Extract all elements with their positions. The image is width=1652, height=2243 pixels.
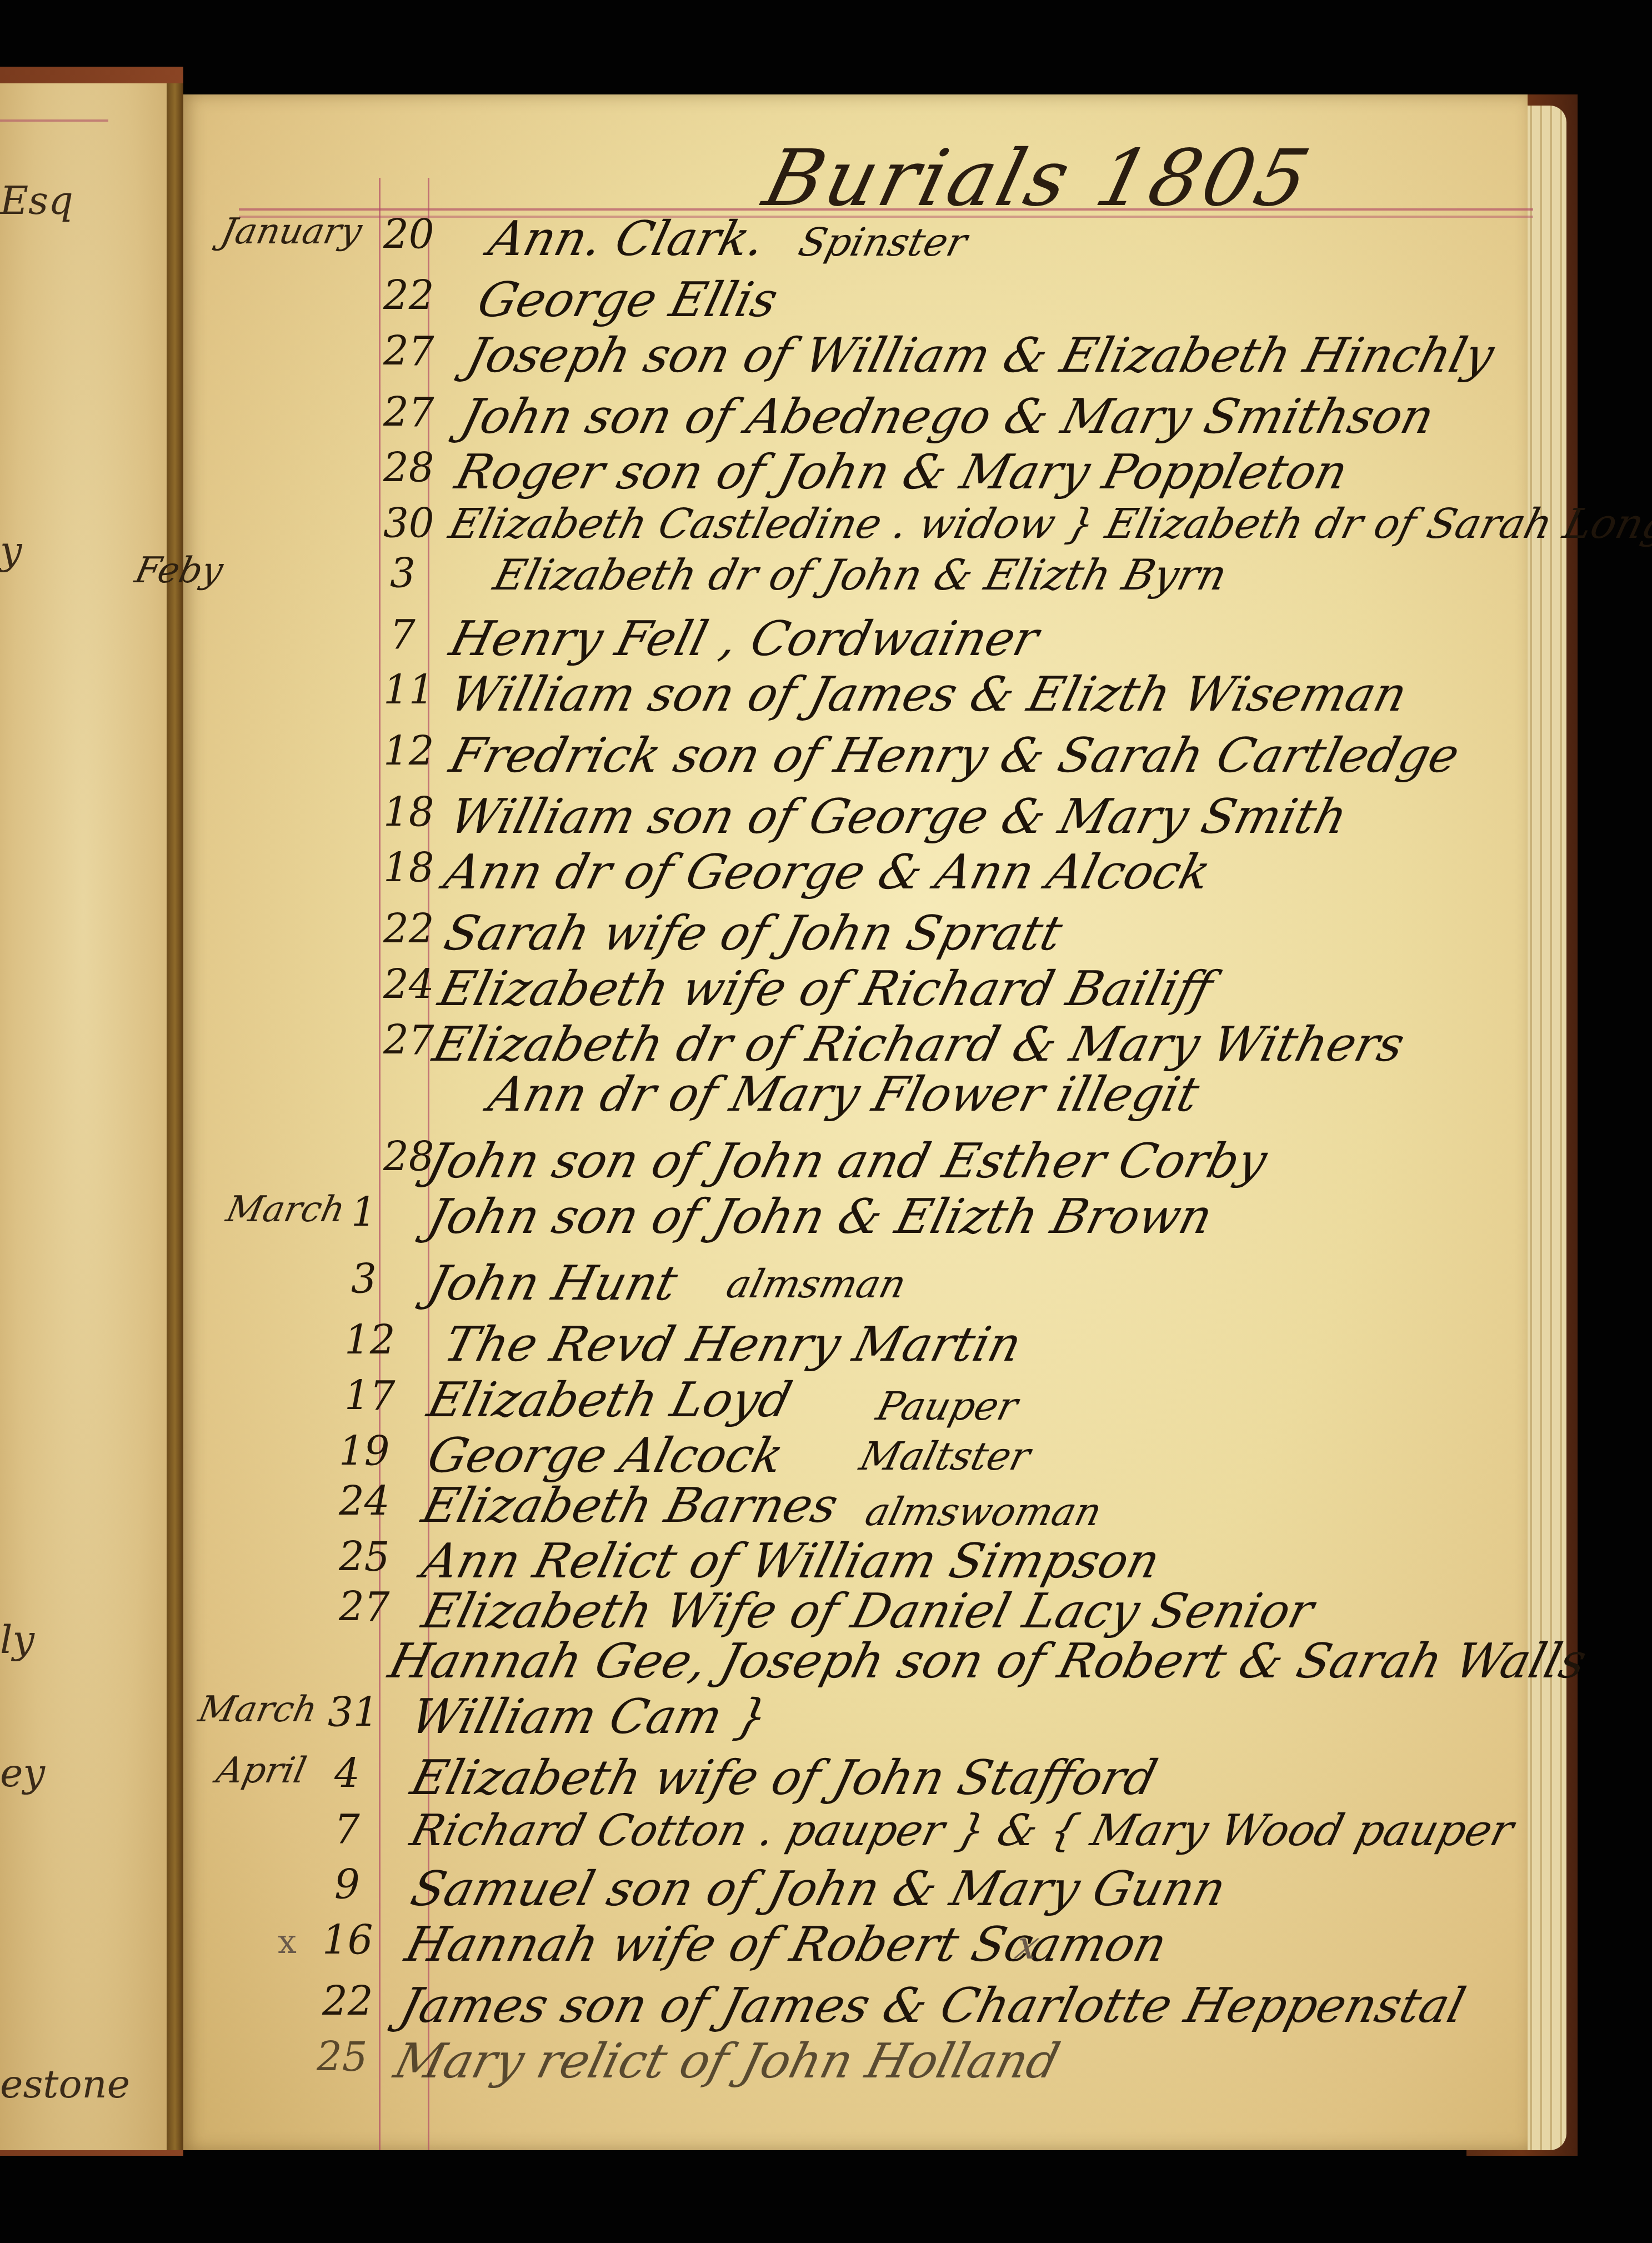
entry-text: Elizabeth dr of Richard & Mary Withers	[428, 1017, 1410, 1072]
entry-text: Fredrick son of Henry & Sarah Cartledge	[444, 728, 1465, 783]
entry-text: William son of George & Mary Smith	[444, 789, 1353, 845]
entry-month: April	[151, 1750, 310, 1791]
entry-text: John son of John and Esther Corby	[422, 1133, 1273, 1189]
entry-text: Elizabeth wife of Richard Bailiff	[433, 961, 1218, 1017]
entry-day: 11	[383, 667, 422, 713]
entry-text: Elizabeth Barnes	[417, 1478, 844, 1533]
entry-day: 7	[383, 611, 422, 658]
entry-text: Elizabeth Castledine . widow } Elizabeth…	[444, 500, 1652, 548]
entry-day: 12	[344, 1317, 383, 1363]
entry-day: 18	[383, 789, 422, 836]
entry-day: 7	[328, 1806, 367, 1852]
entry-day: 24	[339, 1478, 378, 1525]
entry-day: 24	[383, 961, 422, 1008]
entry-month: January	[207, 211, 366, 252]
entry-day: 18	[383, 845, 422, 891]
entry-month: March	[162, 1689, 321, 1730]
entry-day: 28	[383, 1133, 422, 1180]
entry-day: 20	[383, 211, 422, 258]
entry-day: 1	[344, 1189, 383, 1236]
entry-text: Elizabeth Loyd	[422, 1372, 797, 1428]
entry-day: 27	[383, 1017, 422, 1063]
entry-text: John son of John & Elizth Brown	[422, 1189, 1218, 1245]
entry-day: 30	[383, 500, 422, 547]
entry-text: William son of James & Elizth Wiseman	[444, 667, 1413, 722]
entry-day: 19	[339, 1428, 378, 1475]
entry-month: March	[190, 1189, 349, 1230]
entry-text: Ann Relict of William Simpson	[417, 1533, 1165, 1589]
entry-day: 27	[383, 328, 422, 374]
entry-text: John son of Abednego & Mary Smithson	[455, 389, 1440, 444]
entry-text: Ann dr of George & Ann Alcock	[439, 845, 1216, 900]
entry-text: George Ellis	[472, 272, 783, 328]
entry-day: 22	[322, 1978, 361, 2025]
entry-text: Elizabeth Wife of Daniel Lacy Senior	[417, 1583, 1319, 1639]
entry-day: 12	[383, 728, 422, 775]
entry-text: Joseph son of William & Elizabeth Hinchl…	[461, 328, 1500, 383]
entry-day: 25	[317, 2034, 356, 2080]
entry-month: Feby	[68, 550, 227, 591]
entry-day: 27	[383, 389, 422, 436]
entry-note: almsman	[722, 1261, 911, 1307]
entry-day: 3	[344, 1256, 383, 1302]
entry-day: 3	[383, 550, 422, 597]
entry-note: almswoman	[861, 1489, 1107, 1535]
burial-entries: January 20 Ann. Clark. Spinster 22 Georg…	[0, 0, 1652, 2243]
scan-bottom-edge	[0, 2156, 1652, 2243]
entry-day: 22	[383, 272, 422, 319]
margin-cross-mark: x	[278, 1922, 297, 1961]
entry-day: 28	[383, 444, 422, 491]
entry-day: 17	[344, 1372, 383, 1419]
entry-day: 27	[339, 1583, 378, 1630]
entry-text: Henry Fell , Cordwainer	[444, 611, 1044, 667]
entry-text: George Alcock	[422, 1428, 789, 1483]
entry-day: 31	[328, 1689, 367, 1736]
entry-text: Elizabeth wife of John Stafford	[406, 1750, 1163, 1806]
entry-text: James son of James & Charlotte Heppensta…	[394, 1978, 1471, 2034]
entry-text: Hannah wife of Robert Scamon	[400, 1917, 1173, 1972]
entry-text: William Cam }	[406, 1689, 774, 1745]
entry-day: 16	[322, 1917, 361, 1964]
entry-text: Ann. Clark.	[483, 211, 771, 267]
entry-text: Elizabeth dr of John & Elizth Byrn	[489, 550, 1232, 600]
entry-day: 25	[339, 1533, 378, 1580]
entry-text: John Hunt	[422, 1256, 683, 1311]
entry-day: 9	[328, 1861, 367, 1908]
entry-text: The Revd Henry Martin	[439, 1317, 1027, 1372]
entry-text: Sarah wife of John Spratt	[439, 906, 1068, 961]
entry-text: Ann dr of Mary Flower illegit	[483, 1067, 1204, 1122]
entry-text: Mary relict of John Holland	[389, 2034, 1065, 2089]
entry-day: 22	[383, 906, 422, 952]
entry-day: 4	[328, 1750, 367, 1797]
entry-text: Samuel son of John & Mary Gunn	[406, 1861, 1232, 1917]
entry-text: Roger son of John & Mary Poppleton	[450, 444, 1353, 500]
entry-text: Hannah Gee, Joseph son of Robert & Sarah…	[383, 1633, 1592, 1689]
entry-text: Richard Cotton . pauper } & { Mary Wood …	[406, 1806, 1518, 1856]
entry-note: Maltster	[855, 1433, 1035, 1479]
entry-note: Spinster	[794, 219, 972, 265]
entry-note: Pauper	[872, 1383, 1023, 1429]
